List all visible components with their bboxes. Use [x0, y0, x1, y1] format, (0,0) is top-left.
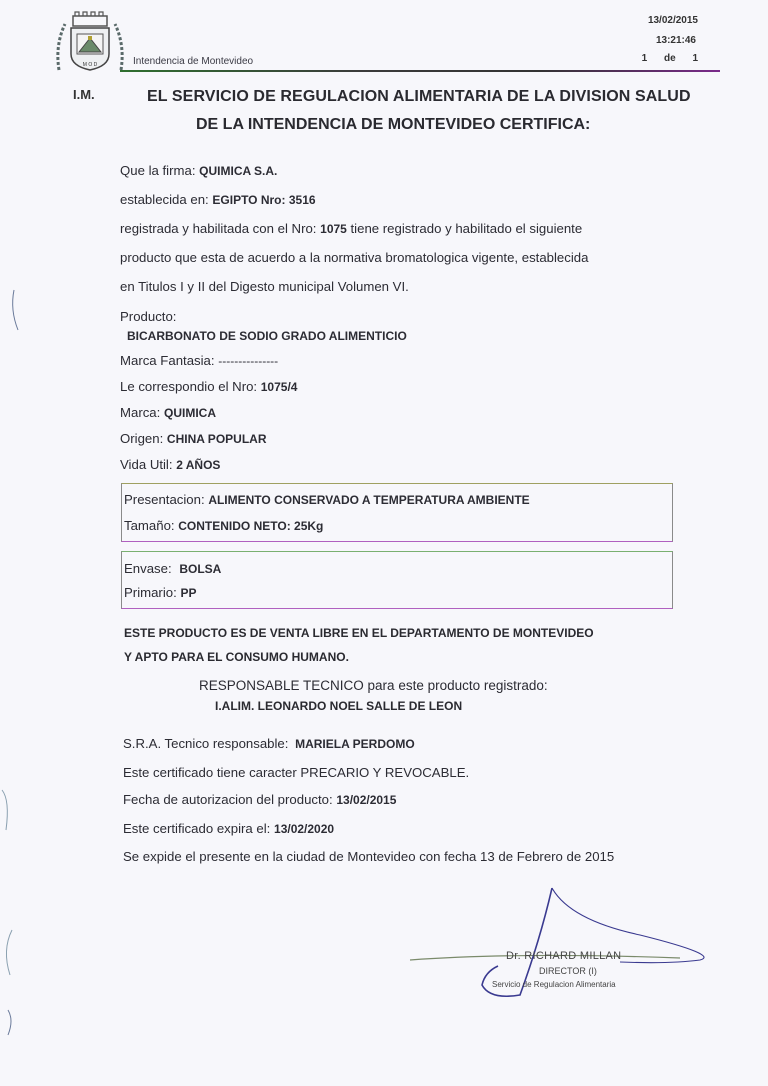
character-line: Este certificado tiene caracter PRECARIO…: [123, 765, 469, 780]
coat-of-arms-icon: M O D: [53, 10, 127, 76]
paragraph-line-2: producto que esta de acuerdo a la normat…: [120, 250, 588, 265]
fantasy-brand-line: Marca Fantasia: ---------------: [120, 353, 278, 368]
address-value: EGIPTO Nro: 3516: [212, 193, 315, 207]
im-prefix: I.M.: [73, 87, 95, 102]
container-label: Envase:: [124, 561, 172, 576]
product-number-label: Le correspondio el Nro:: [120, 379, 257, 394]
registration-number: 1075: [320, 222, 347, 236]
header-rule: [120, 70, 720, 72]
sra-value: MARIELA PERDOMO: [295, 737, 415, 751]
expiry-value: 13/02/2020: [274, 822, 334, 836]
technical-name: I.ALIM. LEONARDO NOEL SALLE DE LEON: [215, 699, 462, 713]
sra-line: S.R.A. Tecnico responsable: MARIELA PERD…: [123, 736, 415, 751]
primary-line: Primario: PP: [124, 585, 196, 600]
firm-value: QUIMICA S.A.: [199, 164, 277, 178]
expiry-label: Este certificado expira el:: [123, 821, 270, 836]
handwritten-signature-icon: [400, 880, 730, 1010]
origin-label: Origen:: [120, 431, 163, 446]
auth-date-label: Fecha de autorizacion del producto:: [123, 792, 333, 807]
signatory-department: Servicio de Regulacion Alimentaria: [492, 980, 616, 989]
fantasy-value: ---------------: [218, 354, 278, 368]
container-line: Envase: BOLSA: [124, 561, 221, 576]
registration-suffix: tiene registrado y habilitado el siguien…: [351, 221, 583, 236]
title-line-2: DE LA INTENDENCIA DE MONTEVIDEO CERTIFIC…: [196, 116, 590, 134]
title-line-1: EL SERVICIO DE REGULACION ALIMENTARIA DE…: [147, 88, 691, 106]
product-label: Producto:: [120, 309, 176, 324]
paragraph-line-3: en Titulos I y II del Digesto municipal …: [120, 279, 409, 294]
page-current: 1: [642, 53, 648, 64]
size-label: Tamaño:: [124, 518, 175, 533]
brand-label: Marca:: [120, 405, 160, 420]
shelf-life-label: Vida Util:: [120, 457, 173, 472]
print-date: 13/02/2015: [648, 15, 698, 26]
expiry-line: Este certificado expira el: 13/02/2020: [123, 821, 334, 836]
primary-value: PP: [180, 586, 196, 600]
address-label: establecida en:: [120, 192, 209, 207]
size-line: Tamaño: CONTENIDO NETO: 25Kg: [124, 518, 323, 533]
print-time: 13:21:46: [656, 35, 696, 46]
size-value: CONTENIDO NETO: 25Kg: [178, 519, 323, 533]
margin-marks-icon: [0, 0, 60, 1086]
page-of: de: [664, 53, 676, 64]
sra-label: S.R.A. Tecnico responsable:: [123, 736, 288, 751]
fantasy-label: Marca Fantasia:: [120, 353, 215, 368]
signatory-name: Dr. RICHARD MILLAN: [506, 950, 621, 962]
origin-line: Origen: CHINA POPULAR: [120, 431, 266, 446]
product-name-value: BICARBONATO DE SODIO GRADO ALIMENTICIO: [127, 329, 407, 343]
certificate-page: M O D Intendencia de Montevideo 13/02/20…: [0, 0, 768, 1086]
firm-line: Que la firma: QUIMICA S.A.: [120, 163, 277, 178]
origin-value: CHINA POPULAR: [167, 432, 267, 446]
shelf-life-value: 2 AÑOS: [176, 458, 220, 472]
container-value: BOLSA: [179, 562, 221, 576]
registration-line: registrada y habilitada con el Nro: 1075…: [120, 221, 582, 236]
presentation-line: Presentacion: ALIMENTO CONSERVADO A TEMP…: [124, 492, 530, 507]
organization-name: Intendencia de Montevideo: [133, 56, 253, 67]
registration-prefix: registrada y habilitada con el Nro:: [120, 221, 316, 236]
shelf-life-line: Vida Util: 2 AÑOS: [120, 457, 220, 472]
firm-label: Que la firma:: [120, 163, 196, 178]
product-number-value: 1075/4: [261, 380, 298, 394]
page-indicator: 1 de 1: [642, 53, 698, 64]
issued-line: Se expide el presente en la ciudad de Mo…: [123, 849, 614, 864]
technical-heading: RESPONSABLE TECNICO para este producto r…: [199, 678, 548, 693]
product-number-line: Le correspondio el Nro: 1075/4: [120, 379, 297, 394]
presentation-label: Presentacion:: [124, 492, 205, 507]
svg-text:M O D: M O D: [83, 62, 98, 68]
presentation-value: ALIMENTO CONSERVADO A TEMPERATURA AMBIEN…: [208, 493, 529, 507]
auth-date-value: 13/02/2015: [336, 793, 396, 807]
signatory-role: DIRECTOR (I): [539, 966, 597, 976]
brand-line: Marca: QUIMICA: [120, 405, 216, 420]
primary-label: Primario:: [124, 585, 177, 600]
auth-date-line: Fecha de autorizacion del producto: 13/0…: [123, 792, 396, 807]
notice-line-2: Y APTO PARA EL CONSUMO HUMANO.: [124, 650, 349, 664]
page-total: 1: [692, 53, 698, 64]
packaging-box: [121, 551, 673, 609]
address-line: establecida en: EGIPTO Nro: 3516: [120, 192, 316, 207]
notice-line-1: ESTE PRODUCTO ES DE VENTA LIBRE EN EL DE…: [124, 626, 594, 640]
brand-value: QUIMICA: [164, 406, 216, 420]
product-name: BICARBONATO DE SODIO GRADO ALIMENTICIO: [127, 328, 407, 343]
